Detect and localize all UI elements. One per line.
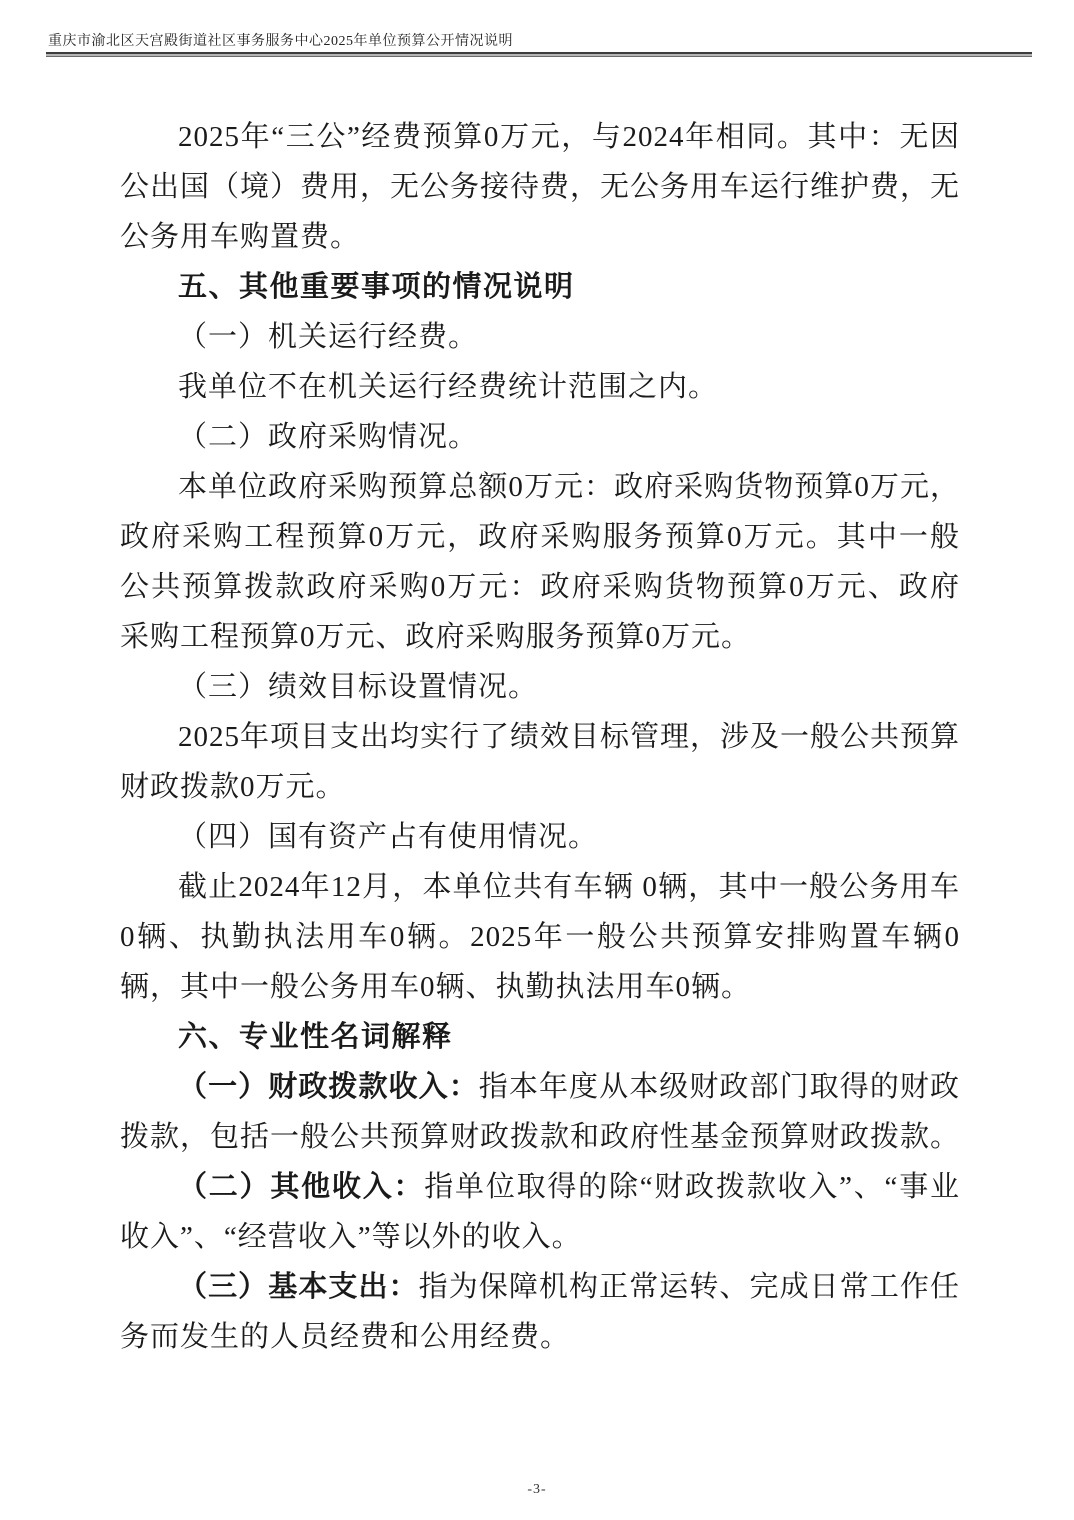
section-5-item-3-body: 2025年项目支出均实行了绩效目标管理，涉及一般公共预算财政拨款0万元。: [120, 712, 960, 812]
section-5-item-2-heading: （二）政府采购情况。: [120, 412, 960, 462]
paragraph-three-public-funds: 2025年“三公”经费预算0万元，与2024年相同。其中：无因公出国（境）费用，…: [120, 112, 960, 262]
term-paragraph-fiscal-appropriation: （一）财政拨款收入：指本年度从本级财政部门取得的财政拨款，包括一般公共预算财政拨…: [120, 1062, 960, 1162]
term-1-lead: （一）财政拨款收入：: [178, 1071, 479, 1103]
term-3-lead: （三）基本支出：: [178, 1271, 419, 1303]
header-title: 重庆市渝北区天宫殿街道社区事务服务中心2025年单位预算公开情况说明: [48, 34, 513, 49]
term-2-lead: （二）其他收入：: [178, 1171, 424, 1203]
term-paragraph-other-income: （二）其他收入：指单位取得的除“财政拨款收入”、“事业收入”、“经营收入”等以外…: [120, 1162, 960, 1262]
page-number: -3-: [527, 1482, 546, 1497]
section-5-item-1-heading: （一）机关运行经费。: [120, 312, 960, 362]
document-page: 重庆市渝北区天宫殿街道社区事务服务中心2025年单位预算公开情况说明 2025年…: [0, 0, 1074, 1520]
page-footer: -3-: [0, 1482, 1074, 1498]
document-body: 2025年“三公”经费预算0万元，与2024年相同。其中：无因公出国（境）费用，…: [120, 112, 960, 1362]
section-5-item-1-body: 我单位不在机关运行经费统计范围之内。: [120, 362, 960, 412]
header-divider: [46, 52, 1032, 57]
term-paragraph-basic-expenditure: （三）基本支出：指为保障机构正常运转、完成日常工作任务而发生的人员经费和公用经费…: [120, 1262, 960, 1362]
section-5-item-2-body: 本单位政府采购预算总额0万元：政府采购货物预算0万元，政府采购工程预算0万元，政…: [120, 462, 960, 662]
section-5-item-4-heading: （四）国有资产占有使用情况。: [120, 812, 960, 862]
page-header: 重庆市渝北区天宫殿街道社区事务服务中心2025年单位预算公开情况说明: [48, 30, 1032, 50]
section-5-item-3-heading: （三）绩效目标设置情况。: [120, 662, 960, 712]
section-6-heading: 六、专业性名词解释: [120, 1012, 960, 1062]
section-5-item-4-body: 截止2024年12月，本单位共有车辆 0辆，其中一般公务用车0辆、执勤执法用车0…: [120, 862, 960, 1012]
section-5-heading: 五、其他重要事项的情况说明: [120, 262, 960, 312]
